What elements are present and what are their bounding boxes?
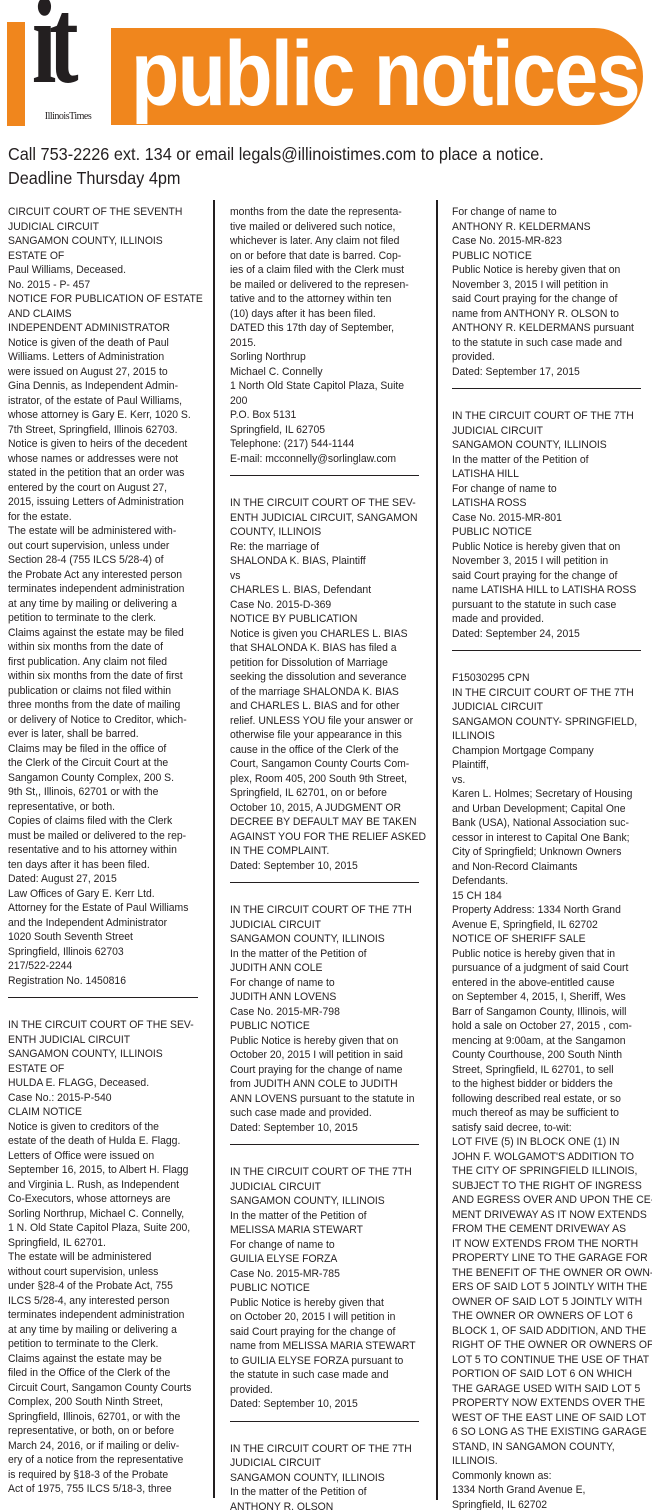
- notice-line: petition for Dissolution of Marriage: [230, 656, 409, 671]
- notice-line: Williams. Letters of Administration: [8, 350, 199, 365]
- notices-column-3: For change of name toANTHONY R. KELDERMA…: [452, 205, 644, 1510]
- notice-line: representative, or both.: [8, 800, 199, 815]
- notice-line: Springfield, IL 62702: [452, 1498, 631, 1510]
- notice-line: IN THE CIRCUIT COURT OF THE 7TH: [230, 1165, 409, 1180]
- notice-line: ERS OF SAID LOT 5 JOINTLY WITH THE: [452, 1280, 631, 1295]
- notice-line: Plaintiff,: [452, 758, 631, 773]
- notice-line: Public Notice is hereby given that on: [230, 1034, 409, 1049]
- logo-wordmark: IllinoisTimes: [32, 111, 104, 122]
- notice-line: LATISHA HILL: [452, 467, 631, 482]
- notice: IN THE CIRCUIT COURT OF THE SEV-ENTH JUD…: [230, 496, 422, 873]
- notice-line: PROPERTY NOW EXTENDS OVER THE: [452, 1396, 631, 1411]
- notice-line: ILLINOIS: [452, 729, 631, 744]
- notice-line: ANTHONY R. KELDERMANS: [452, 220, 631, 235]
- notice-line: No. 2015 - P- 457: [8, 278, 199, 293]
- notice-line: Notice is given you CHARLES L. BIAS: [230, 627, 409, 642]
- notice-line: NOTICE FOR PUBLICATION OF ESTATE: [8, 292, 199, 307]
- notice-line: LOT FIVE (5) IN BLOCK ONE (1) IN: [452, 1135, 631, 1150]
- notice-line: must be mailed or delivered to the rep-: [8, 829, 199, 844]
- notice-line: PROPERTY LINE TO THE GARAGE FOR: [452, 1251, 631, 1266]
- notice-line: Dated: September 10, 2015: [230, 859, 409, 874]
- notice-line: HULDA E. FLAGG, Deceased.: [8, 1076, 199, 1091]
- notice-line: Registration No. 1450816: [8, 974, 199, 989]
- notice-line: Notice is given to heirs of the decedent: [8, 437, 199, 452]
- notice-line: pursuance of a judgment of said Court: [452, 961, 631, 976]
- notice-line: ILLINOIS.: [452, 1454, 631, 1469]
- notice-line: SANGAMON COUNTY- SPRINGFIELD,: [452, 715, 631, 730]
- notice-line: whichever is later. Any claim not filed: [230, 234, 409, 249]
- notice-line: ENTH JUDICIAL CIRCUIT: [8, 1033, 199, 1048]
- notice-line: and the Independent Administrator: [8, 916, 199, 931]
- notice-line: that SHALONDA K. BIAS has filed a: [230, 641, 409, 656]
- notice-line: SANGAMON COUNTY, ILLINOIS: [230, 1194, 409, 1209]
- notice-line: at any time by mailing or delivering a: [8, 1323, 199, 1338]
- notice-line: 1020 South Seventh Street: [8, 930, 199, 945]
- notice-line: be mailed or delivered to the represen-: [230, 278, 409, 293]
- notice-line: 2015, issuing Letters of Administration: [8, 495, 199, 510]
- notice-line: 9th St,, Illinois, 62701 or with the: [8, 785, 199, 800]
- notice-line: JOHN F. WOLGAMOT'S ADDITION TO: [452, 1150, 631, 1165]
- notice-line: STAND, IN SANGAMON COUNTY,: [452, 1440, 631, 1455]
- notice-line: NOTICE OF SHERIFF SALE: [452, 932, 631, 947]
- notice-line: pursuant to the statute in such case: [452, 598, 631, 613]
- notice-line: November 3, 2015 I will petition in: [452, 278, 631, 293]
- notice-line: 15 CH 184: [452, 889, 631, 904]
- notice-line: CHARLES L. BIAS, Defendant: [230, 583, 409, 598]
- notice: F15030295 CPNIN THE CIRCUIT COURT OF THE…: [452, 671, 644, 1510]
- notice-line: or delivery of Notice to Creditor, which…: [8, 713, 199, 728]
- notice-line: the Clerk of the Circuit Court at the: [8, 756, 199, 771]
- notice-line: RIGHT OF THE OWNER OR OWNERS OF: [452, 1338, 631, 1353]
- notice-line: For change of name to: [230, 976, 409, 991]
- notice-line: Complex, 200 South Ninth Street,: [8, 1395, 199, 1410]
- notice-line: MENT DRIVEWAY AS IT NOW EXTENDS: [452, 1208, 631, 1223]
- notice-line: Co-Executors, whose attorneys are: [8, 1192, 199, 1207]
- notice-line: Paul Williams, Deceased.: [8, 263, 199, 278]
- notice-line: SHALONDA K. BIAS, Plaintiff: [230, 554, 409, 569]
- notice-line: In the matter of the Petition of: [230, 1209, 409, 1224]
- notice-line: made and provided.: [452, 612, 631, 627]
- notice-line: relief. UNLESS YOU file your answer or: [230, 714, 409, 729]
- logo-orange-bar: [7, 22, 25, 126]
- notice-line: IN THE CIRCUIT COURT OF THE 7TH: [452, 686, 631, 701]
- column-divider: [436, 200, 438, 1500]
- notice-separator: [230, 882, 419, 883]
- notice-line: on October 20, 2015 I will petition in: [230, 1310, 409, 1325]
- notice-line: E-mail: mcconnelly@sorlinglaw.com: [230, 452, 409, 467]
- notice-line: Gina Dennis, as Independent Admin-: [8, 379, 199, 394]
- column-divider: [213, 200, 215, 1498]
- notice-line: cause in the office of the Clerk of the: [230, 743, 409, 758]
- notice-line: SANGAMON COUNTY, ILLINOIS: [8, 1047, 199, 1062]
- notice-line: AGAINST YOU FOR THE RELIEF ASKED: [230, 830, 409, 845]
- notice-line: without court supervision, unless: [8, 1265, 199, 1280]
- notice-line: THE CITY OF SPRINGFIELD ILLINOIS,: [452, 1164, 631, 1179]
- notice: For change of name toANTHONY R. KELDERMA…: [452, 205, 644, 379]
- notice-line: F15030295 CPN: [452, 671, 631, 686]
- notice-line: such case made and provided.: [230, 1106, 409, 1121]
- notice-line: Act of 1975, 755 ILCS 5/18-3, three: [8, 1482, 199, 1497]
- notice-line: ten days after it has been filed.: [8, 858, 199, 873]
- notice-line: Telephone: (217) 544-1144: [230, 437, 409, 452]
- notice-line: IN THE CIRCUIT COURT OF THE 7TH: [230, 1442, 409, 1457]
- notice-line: SANGAMON COUNTY, ILLINOIS: [452, 438, 631, 453]
- notice-line: ESTATE OF: [8, 249, 199, 264]
- notice-line: at any time by mailing or delivering a: [8, 597, 199, 612]
- notice-line: petition to terminate to the Clerk.: [8, 1337, 199, 1352]
- notice-line: said Court praying for the change of: [452, 292, 631, 307]
- notice-line: whose names or addresses were not: [8, 452, 199, 467]
- notice-line: provided.: [452, 350, 631, 365]
- notice-line: otherwise file your appearance in this: [230, 728, 409, 743]
- notices-column-1: CIRCUIT COURT OF THE SEVENTHJUDICIAL CIR…: [8, 205, 213, 1497]
- notice-line: IN THE CIRCUIT COURT OF THE 7TH: [452, 409, 631, 424]
- notice-line: The estate will be administered: [8, 1250, 199, 1265]
- notice-line: Springfield, Illinois, 62701, or with th…: [8, 1410, 199, 1425]
- notice-line: resentative and to his attorney within: [8, 843, 199, 858]
- notice-line: and Non-Record Claimants: [452, 860, 631, 875]
- notice-line: PUBLIC NOTICE: [230, 1019, 409, 1034]
- notices-column-2: months from the date the representa-tive…: [230, 205, 422, 1510]
- notice-line: Defendants.: [452, 874, 631, 889]
- notice-line: DATED this 17th day of September,: [230, 321, 409, 336]
- notice-line: within six months from the date of: [8, 640, 199, 655]
- notice-line: name from ANTHONY R. OLSON to: [452, 307, 631, 322]
- notice-line: istrator, of the estate of Paul Williams…: [8, 394, 199, 409]
- notice-line: Street, Springfield, IL 62701, to sell: [452, 1063, 631, 1078]
- notice-line: September 16, 2015, to Albert H. Flagg: [8, 1163, 199, 1178]
- notice-line: plex, Room 405, 200 South 9th Street,: [230, 772, 409, 787]
- notice-line: WEST OF THE EAST LINE OF SAID LOT: [452, 1411, 631, 1426]
- notice: IN THE CIRCUIT COURT OF THE SEV-ENTH JUD…: [8, 1018, 213, 1497]
- notice-line: out court supervision, unless under: [8, 539, 199, 554]
- notice-line: entered in the above-entitled cause: [452, 976, 631, 991]
- notice-line: Karen L. Holmes; Secretary of Housing: [452, 787, 631, 802]
- notice-line: IN THE CIRCUIT COURT OF THE SEV-: [8, 1018, 199, 1033]
- notice-line: ESTATE OF: [8, 1062, 199, 1077]
- notice-line: name LATISHA HILL to LATISHA ROSS: [452, 583, 631, 598]
- notice-line: Notice is given to creditors of the: [8, 1120, 199, 1135]
- notice-line: were issued on August 27, 2015 to: [8, 365, 199, 380]
- notice-line: THE OWNER OR OWNERS OF LOT 6: [452, 1309, 631, 1324]
- notice-line: Court, Sangamon County Courts Com-: [230, 757, 409, 772]
- notice-line: Letters of Office were issued on: [8, 1149, 199, 1164]
- notice-line: In the matter of the Petition of: [452, 453, 631, 468]
- notice-line: representative, or both, on or before: [8, 1424, 199, 1439]
- notice-line: tive mailed or delivered such notice,: [230, 220, 409, 235]
- notice-line: estate of the death of Hulda E. Flagg.: [8, 1134, 199, 1149]
- notice-line: publication or claims not filed within: [8, 684, 199, 699]
- notice-separator: [8, 997, 198, 998]
- notice-line: BLOCK 1, OF SAID ADDITION, AND THE: [452, 1324, 631, 1339]
- notice-line: CLAIM NOTICE: [8, 1105, 199, 1120]
- notice-line: within six months from the date of first: [8, 669, 199, 684]
- notice-line: cessor in interest to Capital One Bank;: [452, 831, 631, 846]
- notice-line: Dated: September 24, 2015: [452, 627, 631, 642]
- notice-line: on September 4, 2015, I, Sheriff, Wes: [452, 990, 631, 1005]
- notice-line: vs.: [452, 773, 631, 788]
- notice-line: filed in the Office of the Clerk of the: [8, 1366, 199, 1381]
- notice-line: Claims against the estate may be: [8, 1352, 199, 1367]
- notice-line: P.O. Box 5131: [230, 408, 409, 423]
- notice-line: For change of name to: [230, 1238, 409, 1253]
- notice-line: and Virginia L. Rush, as Independent: [8, 1178, 199, 1193]
- notice-line: to GUILIA ELYSE FORZA pursuant to: [230, 1354, 409, 1369]
- notice-line: Springfield, IL 62705: [230, 423, 409, 438]
- notice-line: the Probate Act any interested person: [8, 568, 199, 583]
- notice-line: COUNTY, ILLINOIS: [230, 525, 409, 540]
- notice-line: 6 SO LONG AS THE EXISTING GARAGE: [452, 1425, 631, 1440]
- notice-line: The estate will be administered with-: [8, 524, 199, 539]
- notice-line: provided.: [230, 1383, 409, 1398]
- notice-line: Public notice is hereby given that in: [452, 947, 631, 962]
- notice-line: 2015.: [230, 336, 409, 351]
- contact-line: Call 753-2226 ext. 134 or email legals@i…: [8, 142, 544, 166]
- notice-line: March 24, 2016, or if mailing or deliv-: [8, 1439, 199, 1454]
- notice-line: SUBJECT TO THE RIGHT OF INGRESS: [452, 1179, 631, 1194]
- notice-line: 1 North Old State Capitol Plaza, Suite: [230, 379, 409, 394]
- notice-line: the statute in such case made and: [230, 1368, 409, 1383]
- notice: IN THE CIRCUIT COURT OF THE 7THJUDICIAL …: [452, 409, 644, 641]
- notice-line: first publication. Any claim not filed: [8, 655, 199, 670]
- notice-line: 1 N. Old State Capitol Plaza, Suite 200,: [8, 1221, 199, 1236]
- notice-line: SANGAMON COUNTY, ILLINOIS: [8, 234, 199, 249]
- notice-line: vs: [230, 569, 409, 584]
- notice-separator: [230, 475, 419, 476]
- notice-line: is required by §18-3 of the Probate: [8, 1468, 199, 1483]
- notice-line: of the marriage SHALONDA K. BIAS: [230, 685, 409, 700]
- notice-line: ANN LOVENS pursuant to the statute in: [230, 1092, 409, 1107]
- notice-line: SANGAMON COUNTY, ILLINOIS: [230, 932, 409, 947]
- masthead: it IllinoisTimes public notices: [0, 0, 652, 126]
- notice-line: NOTICE BY PUBLICATION: [230, 612, 409, 627]
- notice-line: Champion Mortgage Company: [452, 744, 631, 759]
- notice-line: PUBLIC NOTICE: [452, 525, 631, 540]
- notice-line: JUDICIAL CIRCUIT: [8, 220, 199, 235]
- notice-line: to the highest bidder or bidders the: [452, 1077, 631, 1092]
- notice-separator: [230, 1421, 419, 1422]
- notice-line: JUDITH ANN LOVENS: [230, 990, 409, 1005]
- notice-line: JUDICIAL CIRCUIT: [452, 700, 631, 715]
- notice-line: JUDICIAL CIRCUIT: [452, 424, 631, 439]
- notice-line: 200: [230, 394, 409, 409]
- logo-letters: it: [32, 0, 82, 100]
- notice-line: said Court praying for the change of: [230, 1325, 409, 1340]
- notice-line: PUBLIC NOTICE: [230, 1281, 409, 1296]
- notice-line: much thereof as may be sufficient to: [452, 1106, 631, 1121]
- notice-line: 1334 North Grand Avenue E,: [452, 1483, 631, 1498]
- contact-info: Call 753-2226 ext. 134 or email legals@i…: [8, 142, 544, 190]
- notice-line: Case No. 2015-MR-798: [230, 1005, 409, 1020]
- notice: IN THE CIRCUIT COURT OF THE 7THJUDICIAL …: [230, 903, 422, 1135]
- notice-line: November 3, 2015 I will petition in: [452, 554, 631, 569]
- notice-line: Public Notice is hereby given that on: [452, 263, 631, 278]
- notice-line: THE BENEFIT OF THE OWNER OR OWN-: [452, 1266, 631, 1281]
- notice-line: CIRCUIT COURT OF THE SEVENTH: [8, 205, 199, 220]
- notice-line: In the matter of the Petition of: [230, 1485, 409, 1500]
- notice-line: Dated: September 10, 2015: [230, 1397, 409, 1412]
- notice-line: Case No. 2015-MR-785: [230, 1267, 409, 1282]
- notice-line: PUBLIC NOTICE: [452, 249, 631, 264]
- notice-line: City of Springfield; Unknown Owners: [452, 845, 631, 860]
- notice-line: 7th Street, Springfield, Illinois 62703.: [8, 423, 199, 438]
- notice-line: IN THE COMPLAINT.: [230, 844, 409, 859]
- notice: months from the date the representa-tive…: [230, 205, 422, 466]
- notice-line: October 20, 2015 I will petition in said: [230, 1048, 409, 1063]
- notice-line: PORTION OF SAID LOT 6 ON WHICH: [452, 1367, 631, 1382]
- notice-line: Section 28-4 (755 ILCS 5/28-4) of: [8, 553, 199, 568]
- notice-line: JUDICIAL CIRCUIT: [230, 918, 409, 933]
- notice-line: Copies of claims filed with the Clerk: [8, 814, 199, 829]
- notice-line: LOT 5 TO CONTINUE THE USE OF THAT: [452, 1353, 631, 1368]
- notice: CIRCUIT COURT OF THE SEVENTHJUDICIAL CIR…: [8, 205, 213, 988]
- notice-line: three months from the date of mailing: [8, 698, 199, 713]
- notice: IN THE CIRCUIT COURT OF THE 7THJUDICIAL …: [230, 1442, 422, 1510]
- notice-line: Bank (USA), National Association suc-: [452, 816, 631, 831]
- notice-line: Public Notice is hereby given that on: [452, 540, 631, 555]
- notice-line: satisfy said decree, to-wit:: [452, 1121, 631, 1136]
- notice-line: hold a sale on October 27, 2015 , com-: [452, 1019, 631, 1034]
- notice-line: ILCS 5/28-4, any interested person: [8, 1294, 199, 1309]
- notice-line: Dated: September 17, 2015: [452, 365, 631, 380]
- notice-line: Re: the marriage of: [230, 540, 409, 555]
- notice-line: and Urban Development; Capital One: [452, 802, 631, 817]
- notice-line: JUDICIAL CIRCUIT: [230, 1180, 409, 1195]
- notice-line: Property Address: 1334 North Grand: [452, 903, 631, 918]
- notice-line: from JUDITH ANN COLE to JUDITH: [230, 1077, 409, 1092]
- notice-line: MELISSA MARIA STEWART: [230, 1223, 409, 1238]
- notice-line: Case No. 2015-D-369: [230, 598, 409, 613]
- notice-line: Court praying for the change of name: [230, 1063, 409, 1078]
- notice-line: Law Offices of Gary E. Kerr Ltd.: [8, 887, 199, 902]
- notice-line: THE GARAGE USED WITH SAID LOT 5: [452, 1382, 631, 1397]
- notice-line: ENTH JUDICIAL CIRCUIT, SANGAMON: [230, 511, 409, 526]
- notice-line: IN THE CIRCUIT COURT OF THE 7TH: [230, 903, 409, 918]
- notice-line: Springfield, IL 62701.: [8, 1236, 199, 1251]
- notice-line: OWNER OF SAID LOT 5 JOINTLY WITH: [452, 1295, 631, 1310]
- notice-line: AND EGRESS OVER AND UPON THE CE-: [452, 1193, 631, 1208]
- notice-line: In the matter of the Petition of: [230, 947, 409, 962]
- notice-line: DECREE BY DEFAULT MAY BE TAKEN: [230, 815, 409, 830]
- notice-line: terminates independent administration: [8, 1308, 199, 1323]
- notice-line: months from the date the representa-: [230, 205, 409, 220]
- deadline-line: Deadline Thursday 4pm: [8, 166, 544, 190]
- notice-line: JUDITH ANN COLE: [230, 961, 409, 976]
- notice-line: JUDICIAL CIRCUIT: [230, 1456, 409, 1471]
- notice-line: October 10, 2015, A JUDGMENT OR: [230, 801, 409, 816]
- notice-line: FROM THE CEMENT DRIVEWAY AS: [452, 1222, 631, 1237]
- notice-line: Commonly known as:: [452, 1469, 631, 1484]
- notice-line: entered by the court on August 27,: [8, 481, 199, 496]
- notice-line: Springfield, IL 62701, on or before: [230, 786, 409, 801]
- notice-line: and CHARLES L. BIAS and for other: [230, 699, 409, 714]
- notice-line: ANTHONY R. OLSON: [230, 1500, 409, 1510]
- notice-line: stated in the petition that an order was: [8, 466, 199, 481]
- notice-line: 217/522-2244: [8, 959, 199, 974]
- notice-line: petition to terminate to the clerk.: [8, 611, 199, 626]
- notice-line: ever is later, shall be barred.: [8, 727, 199, 742]
- notice-line: name from MELISSA MARIA STEWART: [230, 1339, 409, 1354]
- notice-line: seeking the dissolution and severance: [230, 670, 409, 685]
- notice-line: County Courthouse, 200 South Ninth: [452, 1048, 631, 1063]
- notice-line: IT NOW EXTENDS FROM THE NORTH: [452, 1237, 631, 1252]
- page-title: public notices: [131, 24, 639, 124]
- notice-line: following described real estate, or so: [452, 1092, 631, 1107]
- notice-line: Notice is given of the death of Paul: [8, 336, 199, 351]
- notice-line: ies of a claim filed with the Clerk must: [230, 263, 409, 278]
- notice-separator: [452, 388, 641, 389]
- notice-line: for the estate.: [8, 510, 199, 525]
- notice-line: Attorney for the Estate of Paul Williams: [8, 901, 199, 916]
- notice-line: Public Notice is hereby given that: [230, 1296, 409, 1311]
- notice-line: For change of name to: [452, 205, 631, 220]
- notice-line: Case No. 2015-MR-823: [452, 234, 631, 249]
- notice-line: mencing at 9:00am, at the Sangamon: [452, 1034, 631, 1049]
- notice-line: Springfield, Illinois 62703: [8, 945, 199, 960]
- notice: IN THE CIRCUIT COURT OF THE 7THJUDICIAL …: [230, 1165, 422, 1412]
- notice-line: Michael C. Connelly: [230, 365, 409, 380]
- notice-line: ery of a notice from the representative: [8, 1453, 199, 1468]
- notice-line: Sorling Northrup: [230, 350, 409, 365]
- notice-line: tative and to the attorney within ten: [230, 292, 409, 307]
- notice-line: IN THE CIRCUIT COURT OF THE SEV-: [230, 496, 409, 511]
- notice-line: INDEPENDENT ADMINISTRATOR: [8, 321, 199, 336]
- notice-line: LATISHA ROSS: [452, 496, 631, 511]
- notice-line: SANGAMON COUNTY, ILLINOIS: [230, 1471, 409, 1486]
- notice-separator: [230, 1144, 419, 1145]
- notice-line: AND CLAIMS: [8, 307, 199, 322]
- notice-line: to the statute in such case made and: [452, 336, 631, 351]
- notice-line: Dated: September 10, 2015: [230, 1121, 409, 1136]
- notice-line: said Court praying for the change of: [452, 569, 631, 584]
- notice-line: under §28-4 of the Probate Act, 755: [8, 1279, 199, 1294]
- notice-line: Case No. 2015-MR-801: [452, 511, 631, 526]
- notice-line: Case No.: 2015-P-540: [8, 1091, 199, 1106]
- notice-line: For change of name to: [452, 482, 631, 497]
- notice-line: Avenue E, Springfield, IL 62702: [452, 918, 631, 933]
- notice-line: Barr of Sangamon County, Illinois, will: [452, 1005, 631, 1020]
- notice-line: Claims against the estate may be filed: [8, 626, 199, 641]
- notice-line: Claims may be filed in the office of: [8, 742, 199, 757]
- notice-line: Circuit Court, Sangamon County Courts: [8, 1381, 199, 1396]
- notice-line: GUILIA ELYSE FORZA: [230, 1252, 409, 1267]
- notice-line: whose attorney is Gary E. Kerr, 1020 S.: [8, 408, 199, 423]
- notice-separator: [452, 650, 641, 651]
- notice-line: Dated: August 27, 2015: [8, 872, 199, 887]
- notice-line: on or before that date is barred. Cop-: [230, 249, 409, 264]
- notice-line: terminates independent administration: [8, 582, 199, 597]
- notice-line: Sorling Northrup, Michael C. Connelly,: [8, 1207, 199, 1222]
- notice-line: Sangamon County Complex, 200 S.: [8, 771, 199, 786]
- notice-line: (10) days after it has been filed.: [230, 307, 409, 322]
- notice-line: ANTHONY R. KELDERMANS pursuant: [452, 321, 631, 336]
